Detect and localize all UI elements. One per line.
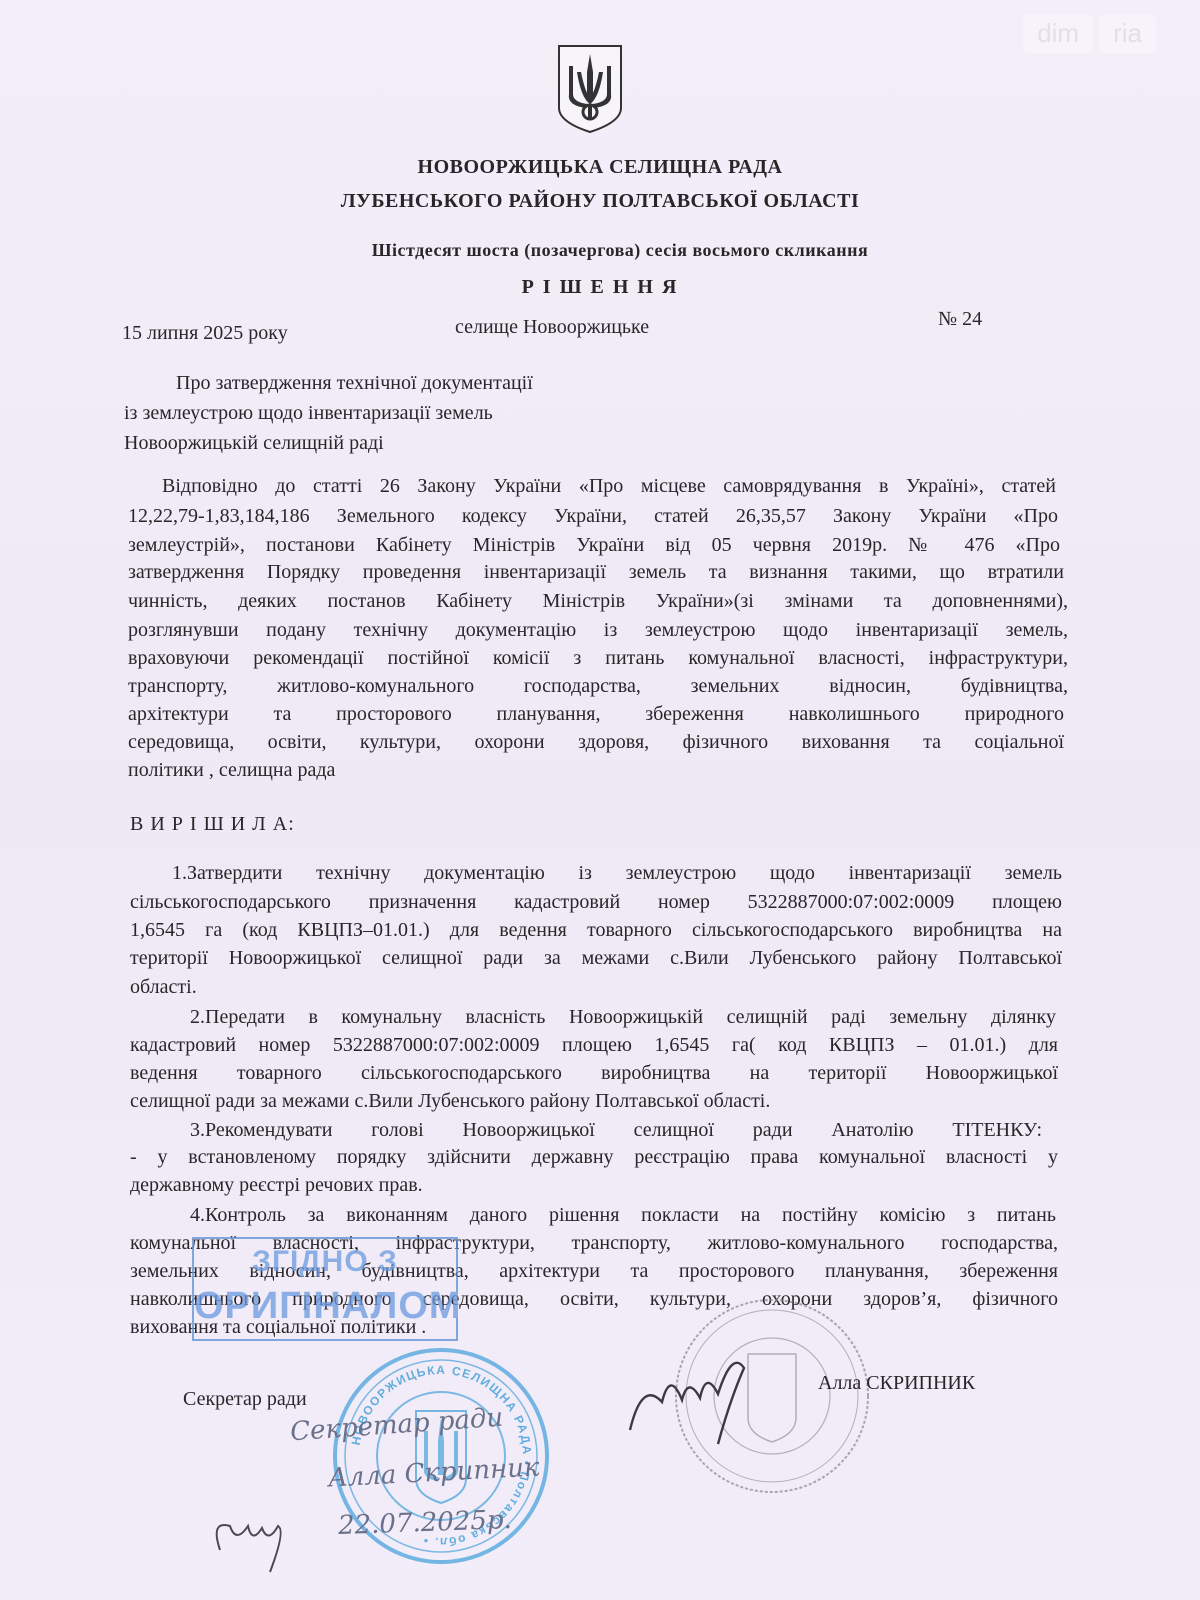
preamble-line: чинність, деяких постанов Кабінету Мініс… <box>128 586 1068 617</box>
preamble-line: розглянувши подану технічну документацію… <box>128 615 1068 646</box>
item-line: території Новооржицької селищної ради за… <box>130 943 1062 974</box>
item-line: області. <box>130 972 1066 1003</box>
item-line: 1,6545 га (код КВЦПЗ–01.01.) для ведення… <box>130 915 1062 946</box>
council-name: НОВООРЖИЦЬКА СЕЛИЩНА РАДА <box>0 156 1200 179</box>
preamble-line: політики , селищна рада <box>128 755 1064 786</box>
subject-line: Про затвердження технічної документації <box>176 372 533 395</box>
preamble-line: Відповідно до статті 26 Закону України «… <box>162 471 1056 502</box>
item-line: ведення товарного сільськогосподарського… <box>130 1058 1058 1089</box>
item-line: селищної ради за межами с.Вили Лубенсько… <box>130 1086 1066 1117</box>
site-watermark: dim ria <box>1023 14 1156 53</box>
coat-of-arms-icon <box>555 42 625 136</box>
item-line: сільськогосподарського призначення кадас… <box>130 887 1062 918</box>
subject-line: Новооржицькій селищній раді <box>124 432 384 455</box>
signature-role: Секретар ради <box>183 1388 307 1411</box>
decision-place: селище Новооржицьке <box>455 316 649 339</box>
document-page: dim ria НОВООРЖИЦЬКА СЕЛИЩНА РАДА ЛУБЕНС… <box>0 0 1200 1600</box>
certified-stamp-line1: ЗГІДНО З <box>194 1245 456 1279</box>
item-line: державному реєстрі речових прав. <box>130 1170 1066 1201</box>
subject-line: із землеустрою щодо інвентаризації земел… <box>124 402 493 425</box>
session-title: Шістдесят шоста (позачергова) сесія вось… <box>20 240 1200 261</box>
signature-icon <box>622 1340 772 1450</box>
preamble-line: середовища, освіти, культури, охорони зд… <box>128 727 1064 758</box>
item-line: 2.Передати в комунальну власність Новоор… <box>190 1002 1056 1033</box>
signatory-name: Алла СКРИПНИК <box>818 1372 975 1395</box>
secretary-signature-icon <box>200 1500 310 1580</box>
item-line: - у встановленому порядку здійснити держ… <box>130 1142 1058 1173</box>
preamble-line: 12,22,79-1,83,184,186 Земельного кодексу… <box>128 501 1058 532</box>
item-line: 3.Рекомендувати голові Новооржицької сел… <box>190 1115 1042 1146</box>
preamble-line: землеустрій», постанови Кабінету Міністр… <box>128 530 1060 561</box>
certified-stamp-line2: ОРИГІНАЛОМ <box>194 1285 456 1328</box>
certified-copy-stamp: ЗГІДНО З ОРИГІНАЛОМ <box>192 1237 458 1341</box>
handwritten-date: 22.07.2025р. <box>338 1505 513 1541</box>
watermark-dim: dim <box>1023 14 1093 53</box>
item-line: кадастровий номер 5322887000:07:002:0009… <box>130 1030 1058 1061</box>
watermark-ria: ria <box>1099 14 1156 53</box>
item-line: 1.Затвердити технічну документацію із зе… <box>172 858 1062 889</box>
preamble-line: затвердження Порядку проведення інвентар… <box>128 557 1064 588</box>
preamble-line: враховуючи рекомендації постійної комісі… <box>128 643 1068 674</box>
preamble-line: архітектури та просторового планування, … <box>128 699 1064 730</box>
council-region: ЛУБЕНСЬКОГО РАЙОНУ ПОЛТАВСЬКОЇ ОБЛАСТІ <box>0 190 1200 213</box>
decided-label: В И Р І Ш И Л А: <box>130 813 295 836</box>
document-type: Р І Ш Е Н Н Я <box>0 276 1200 299</box>
decision-number: № 24 <box>938 308 982 331</box>
decision-date: 15 липня 2025 року <box>122 322 288 345</box>
item-line: 4.Контроль за виконанням даного рішення … <box>190 1200 1056 1231</box>
preamble-line: транспорту, житлово-комунального господа… <box>128 671 1068 702</box>
